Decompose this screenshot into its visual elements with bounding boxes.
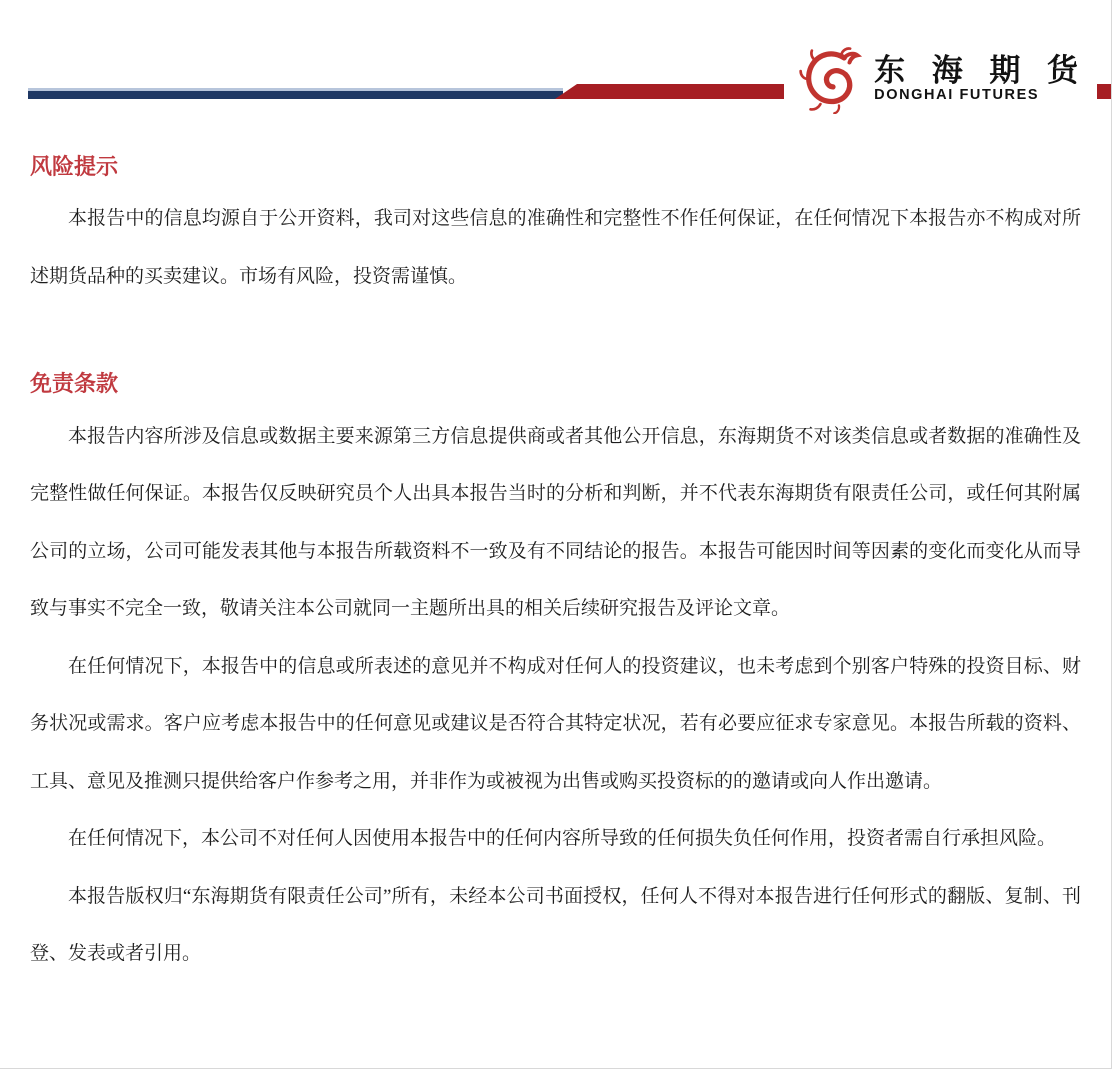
risk-warning-paragraph: 本报告中的信息均源自于公开资料，我司对这些信息的准确性和完整性不作任何保证，在任… [30,190,1081,305]
disclaimer-paragraph-2: 在任何情况下，本报告中的信息或所表述的意见并不构成对任何人的投资建议，也未考虑到… [30,638,1081,811]
report-content: 风险提示 本报告中的信息均源自于公开资料，我司对这些信息的准确性和完整性不作任何… [0,154,1111,983]
page-header: 东 海 期 货 DONGHAI FUTURES [0,0,1111,128]
disclaimer-paragraph-1: 本报告内容所涉及信息或数据主要来源第三方信息提供商或者其他公开信息，东海期货不对… [30,408,1081,638]
section-heading-risk-warning: 风险提示 [30,154,1081,180]
header-rule-navy-segment [28,88,563,99]
disclaimer-paragraph-4: 本报告版权归“东海期货有限责任公司”所有，未经本公司书面授权，任何人不得对本报告… [30,868,1081,983]
dragon-icon [798,44,864,114]
brand-name-chinese: 东 海 期 货 [874,55,1087,88]
section-heading-disclaimer: 免责条款 [30,371,1081,397]
brand-name-english: DONGHAI FUTURES [874,87,1039,103]
brand-logo-text: 东 海 期 货 DONGHAI FUTURES [874,55,1087,104]
brand-logo: 东 海 期 货 DONGHAI FUTURES [784,42,1097,116]
disclaimer-paragraph-3: 在任何情况下，本公司不对任何人因使用本报告中的任何内容所导致的任何损失负任何作用… [30,810,1081,868]
report-page: 东 海 期 货 DONGHAI FUTURES 风险提示 本报告中的信息均源自于… [0,0,1112,1069]
